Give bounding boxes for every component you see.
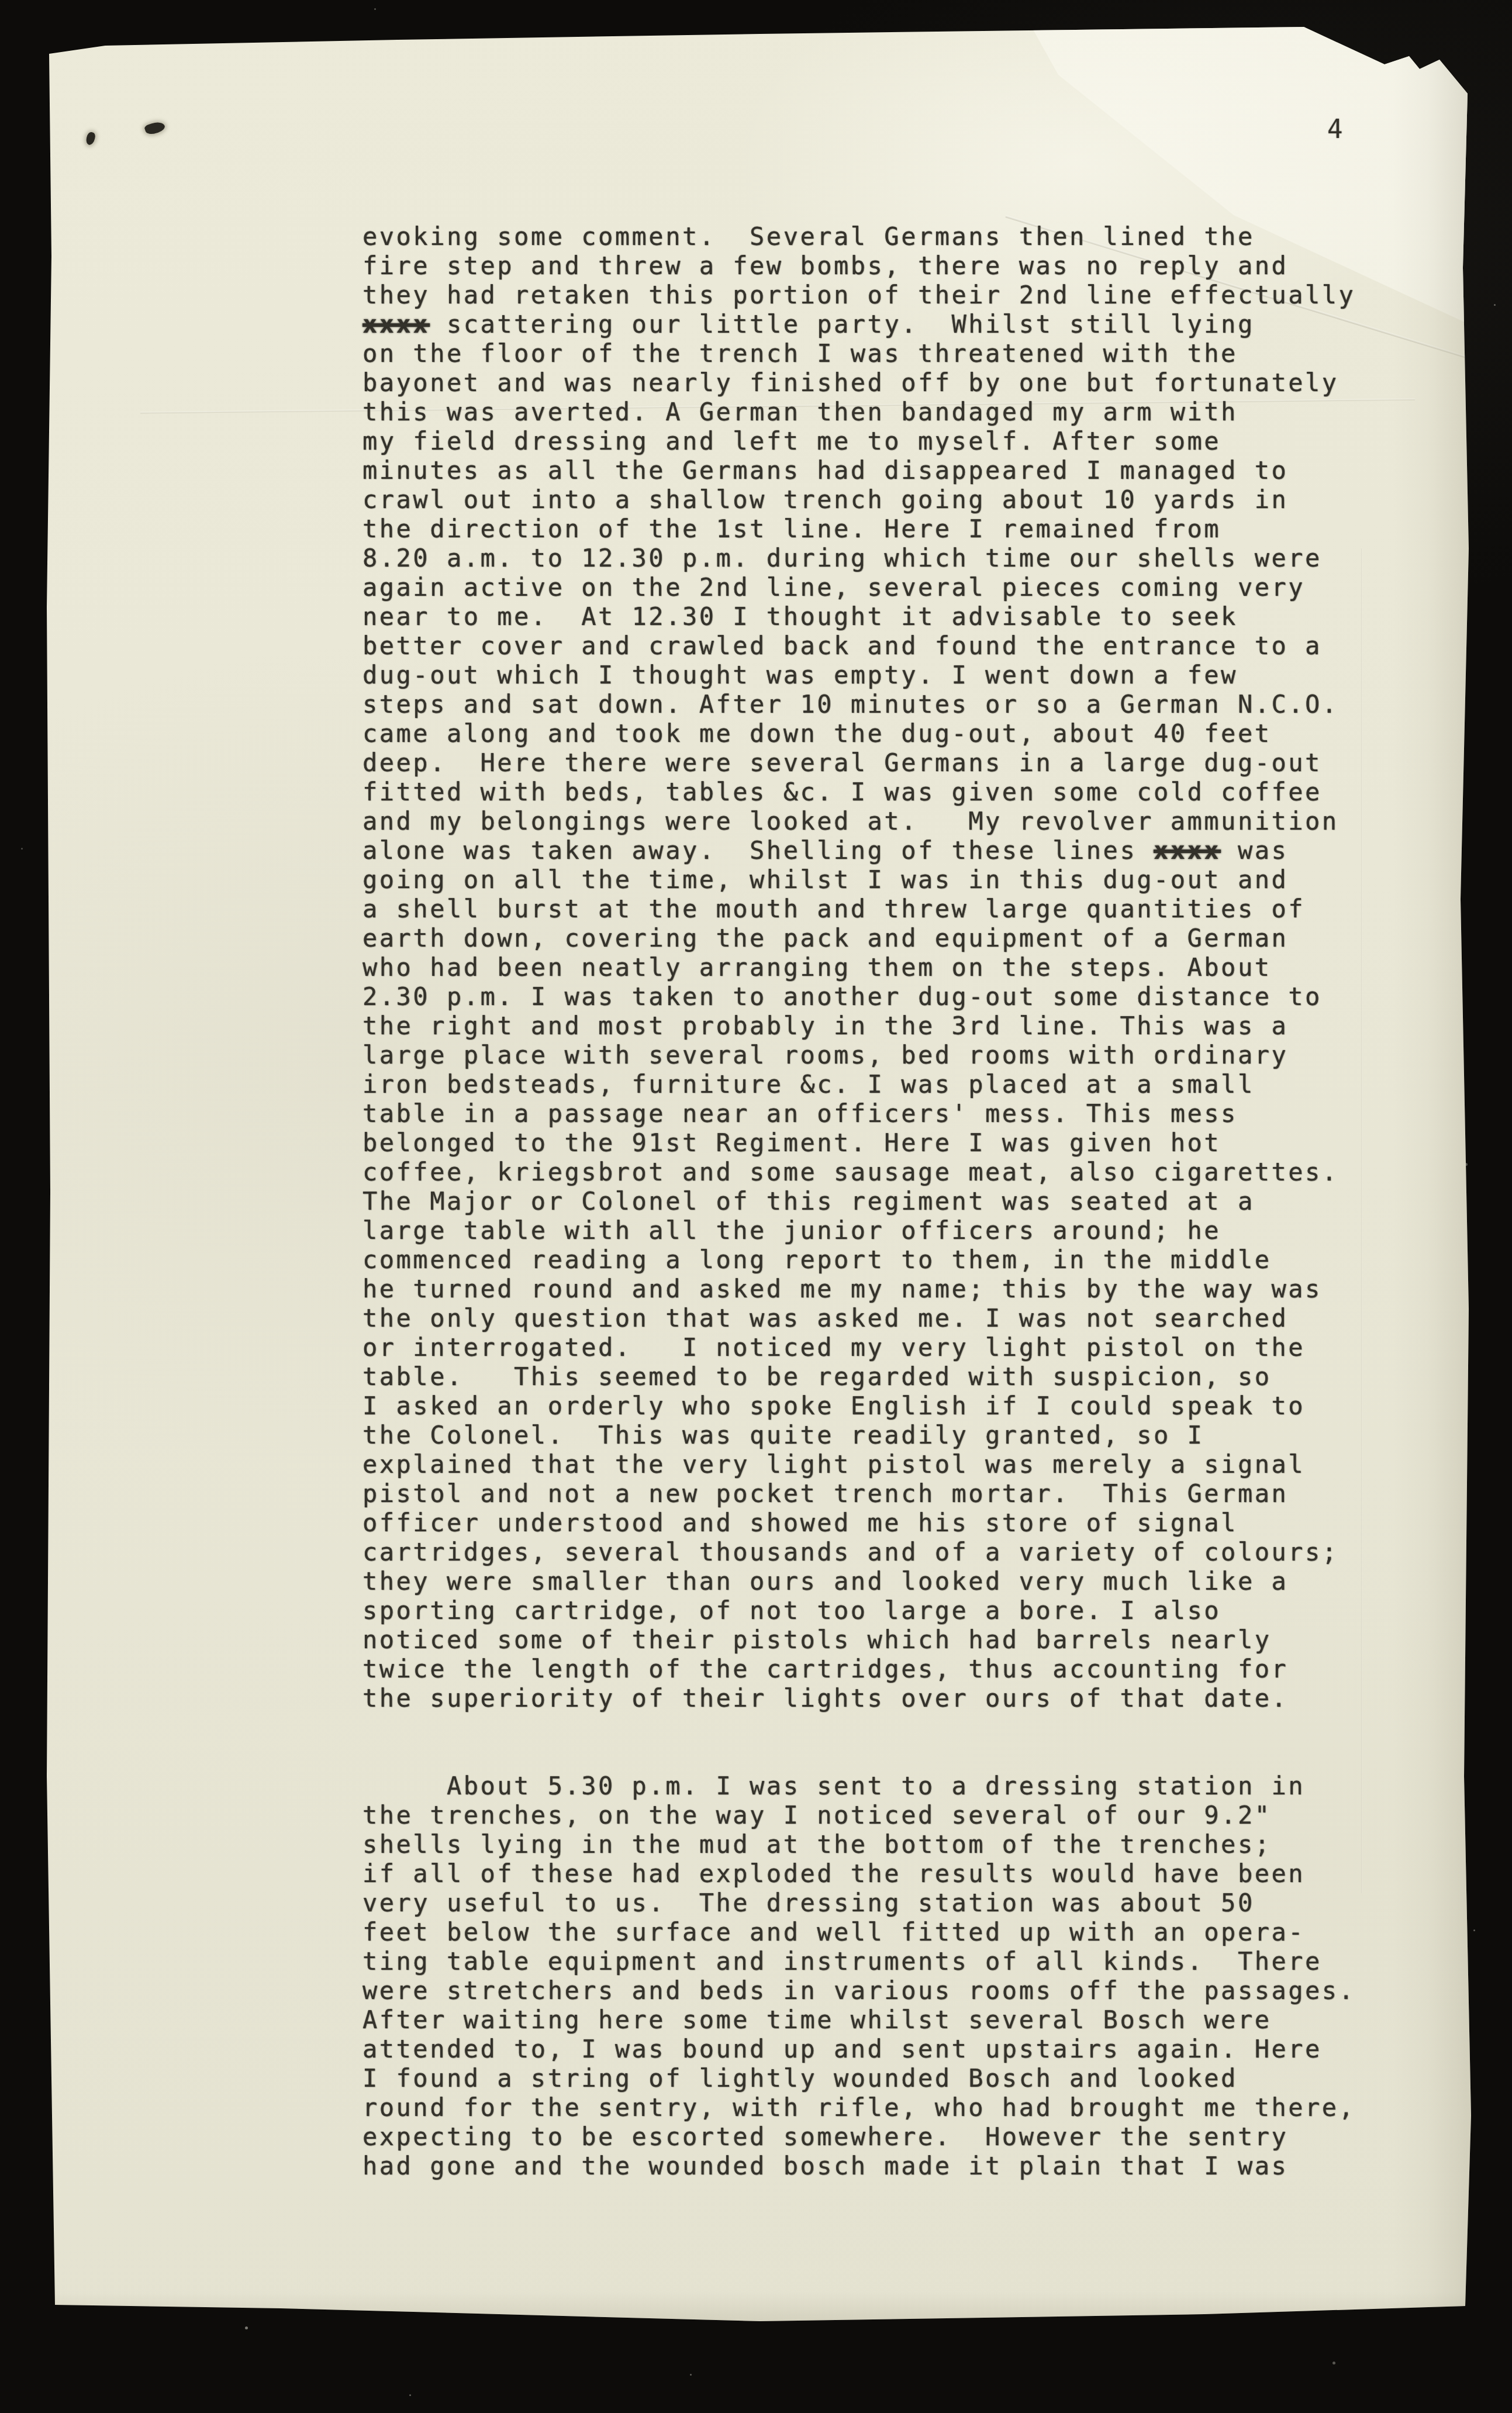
text-line: 2.30 p.m. I was taken to another dug-out…	[363, 982, 1432, 1012]
text-line: expecting to be escorted somewhere. Howe…	[363, 2122, 1432, 2152]
typewritten-text: evoking some comment. Several Germans th…	[363, 222, 1432, 2181]
text-line: near to me. At 12.30 I thought it advisa…	[363, 602, 1432, 631]
text-line: About 5.30 p.m. I was sent to a dressing…	[363, 1772, 1432, 1801]
text-line: cartridges, several thousands and of a v…	[363, 1538, 1432, 1567]
text-line: the right and most probably in the 3rd l…	[363, 1012, 1432, 1041]
text-line: 8.20 a.m. to 12.30 p.m. during which tim…	[363, 544, 1432, 573]
scan-background: 4 evoking some comment. Several Germans …	[0, 0, 1512, 2413]
text-line: coffee, kriegsbrot and some sausage meat…	[363, 1158, 1432, 1187]
text-line: had gone and the wounded bosch made it p…	[363, 2152, 1432, 2181]
text-line: they were smaller than ours and looked v…	[363, 1567, 1432, 1596]
page-number: 4	[1327, 115, 1343, 144]
text-line: earth down, covering the pack and equipm…	[363, 924, 1432, 953]
text-line: pistol and not a new pocket trench morta…	[363, 1479, 1432, 1508]
text-line: table in a passage near an officers' mes…	[363, 1099, 1432, 1128]
text-line: fitted with beds, tables &c. I was given…	[363, 778, 1432, 807]
text-line: feet below the surface and well fitted u…	[363, 1918, 1432, 1947]
text-line: commenced reading a long report to them,…	[363, 1245, 1432, 1275]
struck-word: xxxx	[363, 310, 430, 339]
text-line: attended to, I was bound up and sent ups…	[363, 2035, 1432, 2064]
text-line: this was averted. A German then bandaged…	[363, 398, 1432, 427]
text-line: The Major or Colonel of this regiment wa…	[363, 1187, 1432, 1216]
text-line	[363, 1742, 1432, 1772]
text-line: crawl out into a shallow trench going ab…	[363, 485, 1432, 515]
text-line: he turned round and asked me my name; th…	[363, 1275, 1432, 1304]
staple-mark	[85, 132, 96, 146]
text-line: large table with all the junior officers…	[363, 1216, 1432, 1245]
text-line: the direction of the 1st line. Here I re…	[363, 515, 1432, 544]
text-line: the Colonel. This was quite readily gran…	[363, 1421, 1432, 1450]
text-line: going on all the time, whilst I was in t…	[363, 865, 1432, 895]
text-line: the superiority of their lights over our…	[363, 1684, 1432, 1713]
text-line: evoking some comment. Several Germans th…	[363, 222, 1432, 251]
text-line: xxxx scattering our little party. Whilst…	[363, 310, 1432, 339]
text-line: round for the sentry, with rifle, who ha…	[363, 2093, 1432, 2122]
text-line: minutes as all the Germans had disappear…	[363, 456, 1432, 485]
staple-mark	[144, 120, 166, 136]
text-line: noticed some of their pistols which had …	[363, 1625, 1432, 1655]
text-line: better cover and crawled back and found …	[363, 631, 1432, 661]
text-line: if all of these had exploded the results…	[363, 1859, 1432, 1889]
bottom-edge-shadow	[35, 2292, 1480, 2327]
dust-specks	[0, 0, 2, 2]
text-line: my field dressing and left me to myself.…	[363, 427, 1432, 456]
text-line: who had been neatly arranging them on th…	[363, 953, 1432, 982]
text-line: explained that the very light pistol was…	[363, 1450, 1432, 1479]
text-line: came along and took me down the dug-out,…	[363, 719, 1432, 748]
text-line: twice the length of the cartridges, thus…	[363, 1655, 1432, 1684]
text-line: very useful to us. The dressing station …	[363, 1889, 1432, 1918]
text-line: iron bedsteads, furniture &c. I was plac…	[363, 1070, 1432, 1099]
text-line: bayonet and was nearly finished off by o…	[363, 368, 1432, 398]
text-line: fire step and threw a few bombs, there w…	[363, 251, 1432, 281]
text-line: on the floor of the trench I was threate…	[363, 339, 1432, 368]
text-line: dug-out which I thought was empty. I wen…	[363, 661, 1432, 690]
text-line: the only question that was asked me. I w…	[363, 1304, 1432, 1333]
text-line: or interrogated. I noticed my very light…	[363, 1333, 1432, 1362]
text-line: were stretchers and beds in various room…	[363, 1976, 1432, 2005]
text-line: alone was taken away. Shelling of these …	[363, 836, 1432, 865]
text-line: they had retaken this portion of their 2…	[363, 281, 1432, 310]
text-line: belonged to the 91st Regiment. Here I wa…	[363, 1128, 1432, 1158]
text-line: I found a string of lightly wounded Bosc…	[363, 2064, 1432, 2093]
text-line: a shell burst at the mouth and threw lar…	[363, 895, 1432, 924]
text-line: again active on the 2nd line, several pi…	[363, 573, 1432, 602]
text-line: ting table equipment and instruments of …	[363, 1947, 1432, 1976]
text-line: and my belongings were looked at. My rev…	[363, 807, 1432, 836]
text-line: table. This seemed to be regarded with s…	[363, 1362, 1432, 1392]
struck-word: xxxx	[1154, 836, 1221, 865]
text-line: sporting cartridge, of not too large a b…	[363, 1596, 1432, 1625]
text-line: the trenches, on the way I noticed sever…	[363, 1801, 1432, 1830]
text-line: officer understood and showed me his sto…	[363, 1508, 1432, 1538]
paper-sheet: 4 evoking some comment. Several Germans …	[35, 22, 1480, 2327]
text-line: I asked an orderly who spoke English if …	[363, 1392, 1432, 1421]
text-line: steps and sat down. After 10 minutes or …	[363, 690, 1432, 719]
text-line: deep. Here there were several Germans in…	[363, 748, 1432, 778]
text-line	[363, 1713, 1432, 1742]
text-line: After waiting here some time whilst seve…	[363, 2005, 1432, 2035]
text-line: large place with several rooms, bed room…	[363, 1041, 1432, 1070]
text-line: shells lying in the mud at the bottom of…	[363, 1830, 1432, 1859]
